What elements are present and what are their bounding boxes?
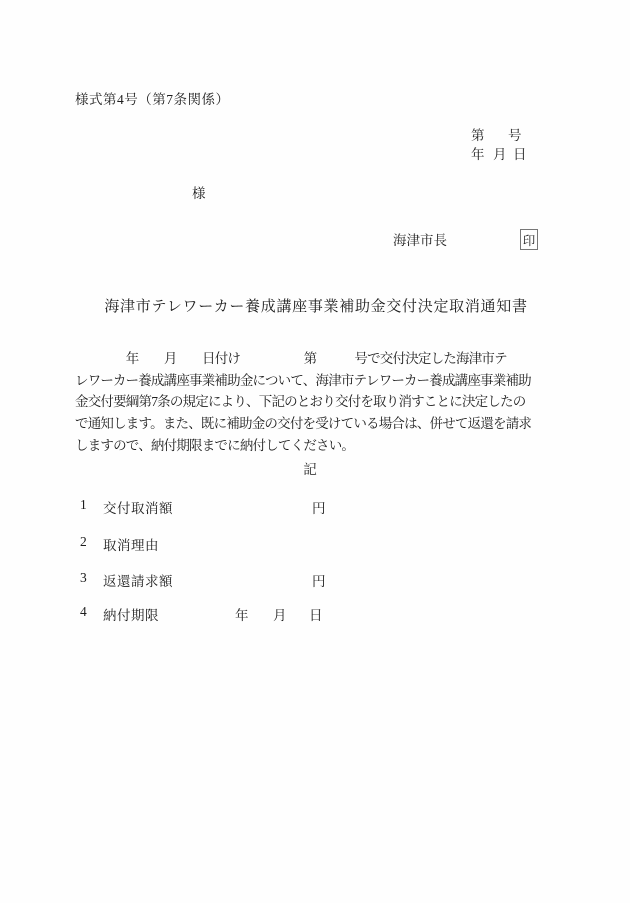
body-line: で通知します。また、既に補助金の交付を受けている場合は、併せて返還を請求 [75, 413, 575, 435]
deadline-day-label: 日 [309, 604, 323, 624]
item-unit-yen: 円 [312, 497, 326, 517]
sender-title: 海津市長 [393, 234, 447, 248]
item-row-cancelled-amount: 1 交付取消額 円 [75, 497, 555, 513]
deadline-month-label: 月 [273, 604, 287, 624]
item-row-payment-deadline: 4 納付期限 年 月 日 [75, 604, 555, 620]
addressee-honorific: 様 [192, 187, 206, 201]
body-line: 金交付要綱第7条の規定により、下記のとおり交付を取り消すことに決定したの [75, 391, 575, 413]
item-row-refund-amount: 3 返還請求額 円 [75, 570, 555, 586]
form-style-label: 様式第4号（第7条関係） [75, 93, 230, 107]
item-label: 返還請求額 [103, 570, 173, 590]
body-line: レワーカー養成講座事業補助金について、海津市テレワーカー養成講座事業補助 [75, 370, 575, 392]
document-title: 海津市テレワーカー養成講座事業補助金交付決定取消通知書 [75, 295, 557, 316]
seal-mark: 印 [523, 231, 536, 249]
item-number: 1 [80, 497, 87, 513]
document-page: 様式第4号（第7条関係） 第 号 年 月 日 様 海津市長 印 海津市テレワーカ… [0, 0, 630, 903]
item-unit-yen: 円 [312, 570, 326, 590]
body-paragraph: 年 月 日付け 第 号で交付決定した海津市テ レワーカー養成講座事業補助金につい… [75, 348, 575, 456]
date-day-label: 日 [513, 148, 527, 162]
item-label: 納付期限 [103, 604, 159, 624]
body-line: しますので、納付期限までに納付してください。 [75, 435, 575, 457]
deadline-year-label: 年 [235, 604, 249, 624]
ki-separator: 記 [75, 458, 545, 478]
item-label: 交付取消額 [103, 497, 173, 517]
date-year-label: 年 [471, 148, 485, 162]
date-month-label: 月 [493, 148, 507, 162]
item-label: 取消理由 [103, 534, 159, 554]
item-number: 2 [80, 534, 87, 550]
doc-number-prefix: 第 [471, 129, 485, 143]
doc-number-suffix: 号 [508, 129, 522, 143]
item-row-cancellation-reason: 2 取消理由 [75, 534, 555, 550]
item-number: 3 [80, 570, 87, 586]
body-line: 年 月 日付け 第 号で交付決定した海津市テ [75, 348, 575, 370]
item-number: 4 [80, 604, 87, 620]
seal-placeholder-box: 印 [520, 229, 538, 250]
